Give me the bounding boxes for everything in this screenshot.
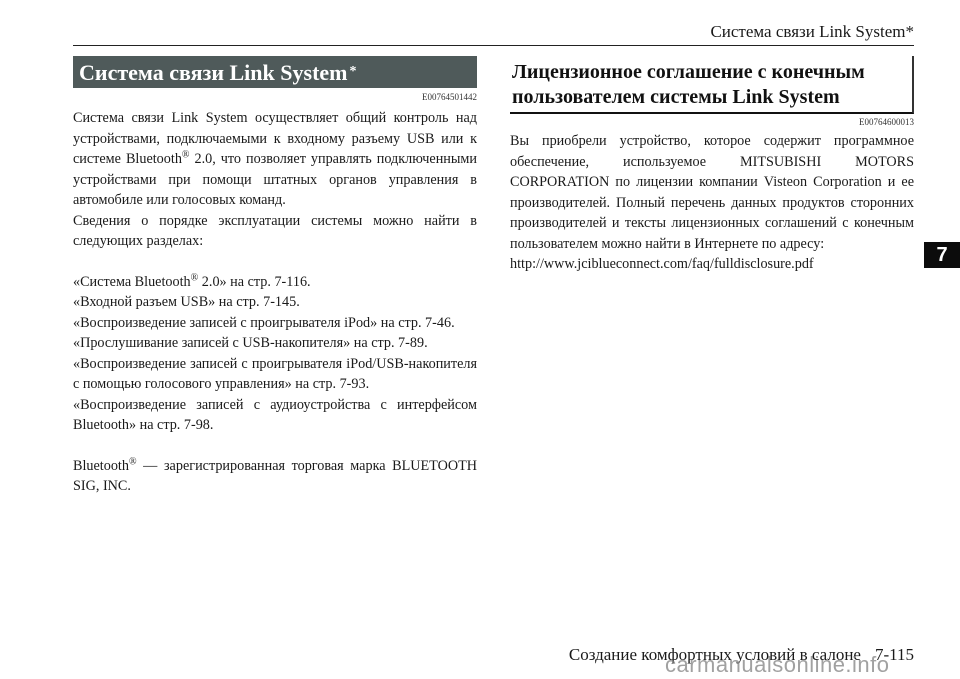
section-title: Система связи Link System — [79, 60, 347, 85]
reference-item[interactable]: «Воспроизведение записей с проигрывателя… — [73, 313, 477, 334]
intro-paragraph-2: Сведения о порядке эксплуатации системы … — [73, 211, 477, 252]
license-section-code: E00764600013 — [510, 117, 914, 127]
reference-item[interactable]: «Входной разъем USB» на стр. 7-145. — [73, 292, 477, 313]
reference-item[interactable]: «Прослушивание записей с USB-накопителя»… — [73, 333, 477, 354]
license-url[interactable]: http://www.jciblueconnect.com/faq/fulldi… — [510, 254, 914, 275]
registered-mark: ® — [129, 456, 137, 467]
registered-mark: ® — [182, 149, 190, 160]
reference-item[interactable]: «Система Bluetooth® 2.0» на стр. 7-116. — [73, 272, 477, 293]
header-rule — [73, 45, 914, 46]
optional-mark: * — [349, 64, 356, 79]
right-column: Лицензионное соглашение с конечным польз… — [510, 56, 914, 275]
section-code: E00764501442 — [73, 92, 477, 102]
left-column: Система связи Link System* E00764501442 … — [73, 56, 477, 497]
reference-item[interactable]: «Воспроизведение записей с проигрывателя… — [73, 354, 477, 395]
reference-item[interactable]: «Воспроизведение записей с аудиоустройст… — [73, 395, 477, 436]
reference-list: «Система Bluetooth® 2.0» на стр. 7-116. … — [73, 272, 477, 436]
section-title-bar: Система связи Link System* — [73, 56, 477, 88]
running-head: Система связи Link System* — [710, 22, 914, 42]
watermark: carmanualsonline.info — [665, 652, 890, 678]
trademark-text-a: Bluetooth — [73, 458, 129, 474]
license-section-title: Лицензионное соглашение с конечным польз… — [510, 56, 914, 114]
chapter-tab[interactable]: 7 — [924, 242, 960, 268]
trademark-note: Bluetooth® — зарегистрированная торговая… — [73, 456, 477, 497]
intro-paragraph: Система связи Link System осуществляет о… — [73, 108, 477, 211]
license-body: Вы приобрели устройство, которое содержи… — [510, 131, 914, 254]
